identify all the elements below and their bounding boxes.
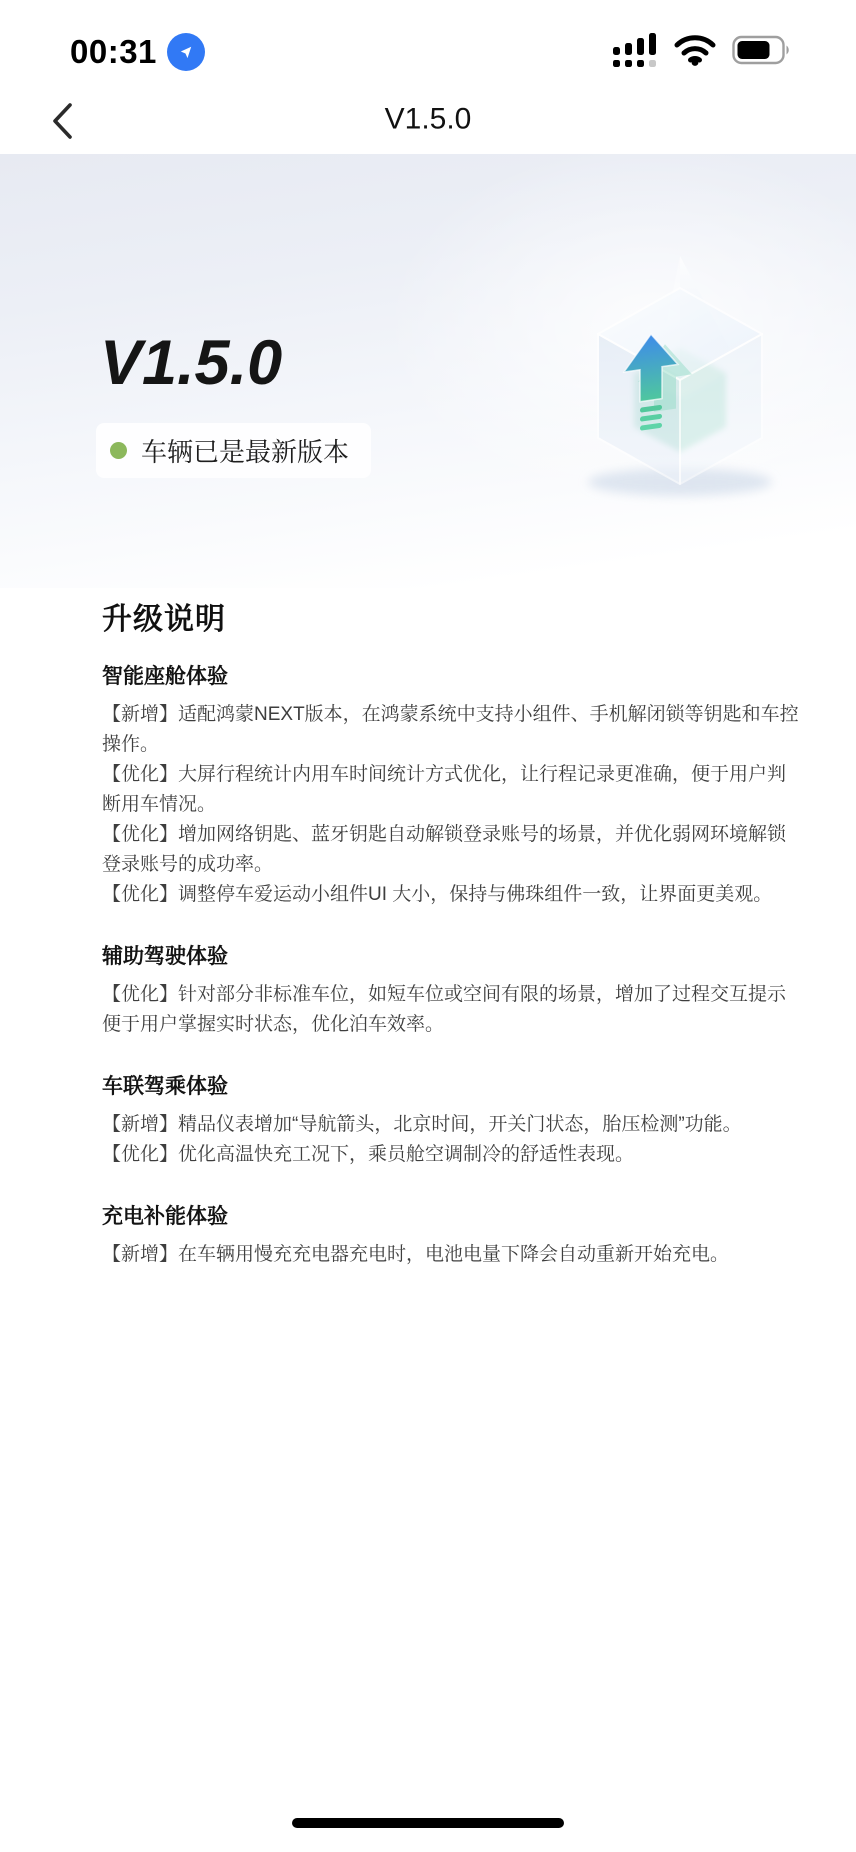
note-item: 【新增】在车辆用慢充充电器充电时，电池电量下降会自动重新开始充电。 (102, 1240, 802, 1270)
hero-banner: V1.5.0 车辆已是最新版本 (0, 154, 856, 588)
cellular-signal-icon (613, 32, 658, 72)
note-item: 【优化】优化高温快充工况下，乘员舱空调制冷的舒适性表现。 (102, 1140, 802, 1170)
location-arrow-icon (167, 33, 205, 71)
note-item: 【新增】精品仪表增加“导航箭头，北京时间，开关门状态，胎压检测”功能。 (102, 1110, 802, 1140)
wifi-icon (673, 33, 717, 71)
phone-screen: 00:31 (0, 0, 856, 1852)
note-item: 【优化】增加网络钥匙、蓝牙钥匙自动解锁登录账号的场景，并优化弱网环境解锁登录账号… (102, 820, 802, 880)
status-bar-left: 00:31 (70, 33, 205, 71)
section-heading: 辅助驾驶体验 (102, 940, 802, 970)
note-item: 【优化】针对部分非标准车位，如短车位或空间有限的场景，增加了过程交互提示便于用户… (102, 980, 802, 1040)
release-notes: 升级说明 智能座舱体验 【新增】适配鸿蒙NEXT版本，在鸿蒙系统中支持小组件、手… (0, 594, 856, 1270)
section-assisted-driving: 辅助驾驶体验 【优化】针对部分非标准车位，如短车位或空间有限的场景，增加了过程交… (102, 940, 802, 1040)
upgrade-cube-illustration (560, 252, 800, 506)
status-dot-icon (110, 442, 127, 459)
section-connected-driving: 车联驾乘体验 【新增】精品仪表增加“导航箭头，北京时间，开关门状态，胎压检测”功… (102, 1070, 802, 1170)
nav-bar: V1.5.0 (0, 90, 856, 154)
home-indicator[interactable] (292, 1818, 564, 1828)
section-heading: 车联驾乘体验 (102, 1070, 802, 1100)
section-heading: 智能座舱体验 (102, 660, 802, 690)
note-item: 【优化】大屏行程统计内用车时间统计方式优化，让行程记录更准确，便于用户判断用车情… (102, 760, 802, 820)
status-pill: 车辆已是最新版本 (96, 423, 371, 478)
status-bar: 00:31 (0, 0, 856, 90)
note-item: 【新增】适配鸿蒙NEXT版本，在鸿蒙系统中支持小组件、手机解闭锁等钥匙和车控操作… (102, 700, 802, 760)
note-item: 【优化】调整停车爱运动小组件UI 大小，保持与佛珠组件一致，让界面更美观。 (102, 880, 802, 910)
page-title: V1.5.0 (0, 102, 856, 136)
battery-icon (732, 35, 792, 70)
section-heading: 充电补能体验 (102, 1200, 802, 1230)
notes-title: 升级说明 (102, 594, 802, 638)
section-smart-cockpit: 智能座舱体验 【新增】适配鸿蒙NEXT版本，在鸿蒙系统中支持小组件、手机解闭锁等… (102, 660, 802, 910)
status-time: 00:31 (70, 33, 157, 71)
section-charging: 充电补能体验 【新增】在车辆用慢充充电器充电时，电池电量下降会自动重新开始充电。 (102, 1200, 802, 1270)
status-bar-right (613, 32, 792, 72)
status-text: 车辆已是最新版本 (141, 432, 349, 469)
